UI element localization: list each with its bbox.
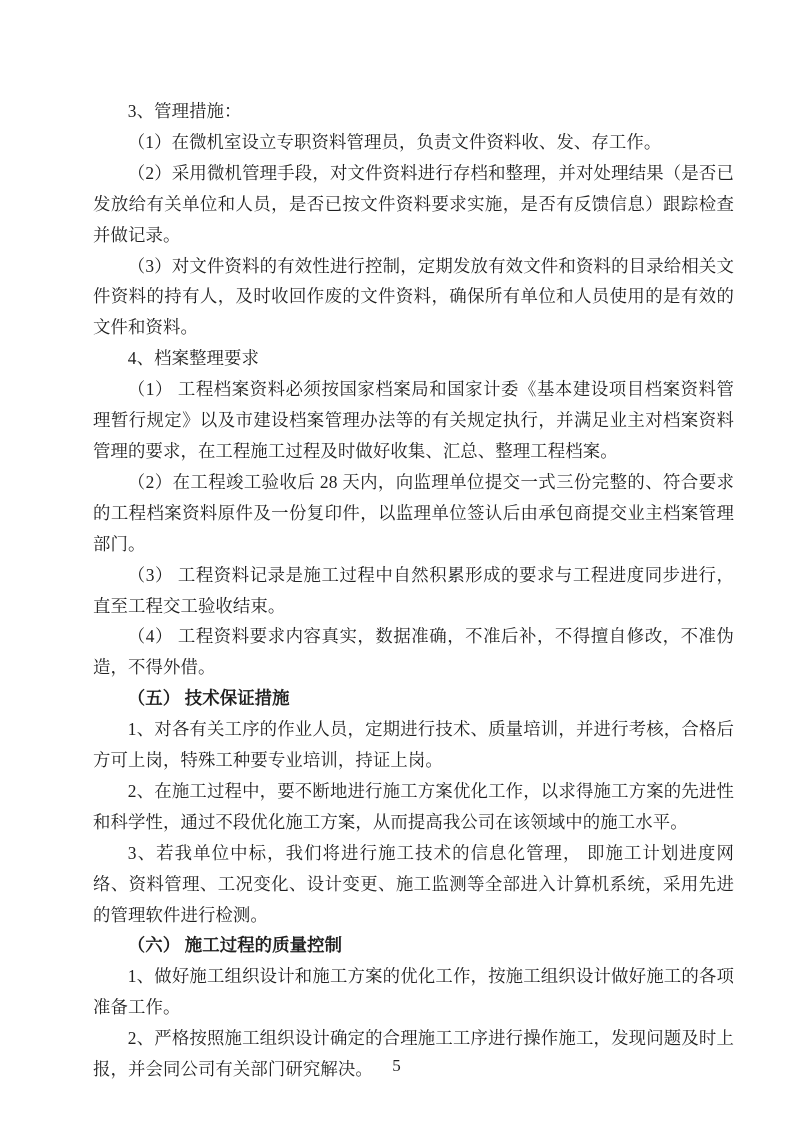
paragraph: 3、若我单位中标，我们将进行施工技术的信息化管理， 即施工计划进度网络、资料管理… <box>93 838 734 931</box>
paragraph: （3）对文件资料的有效性进行控制，定期发放有效文件和资料的目录给相关文件资料的持… <box>93 251 734 344</box>
paragraph: （1） 工程档案资料必须按国家档案局和国家计委《基本建设项目档案资料管理暂行规定… <box>93 374 734 467</box>
paragraph: 2、在施工过程中，要不断地进行施工方案优化工作，以求得施工方案的先进性和科学性，… <box>93 776 734 838</box>
paragraph: （2）在工程竣工验收后 28 天内，向监理单位提交一式三份完整的、符合要求的工程… <box>93 467 734 560</box>
paragraph: 1、对各有关工序的作业人员，定期进行技术、质量培训，并进行考核，合格后方可上岗，… <box>93 714 734 776</box>
page-number: 5 <box>0 1056 793 1076</box>
paragraph: （1）在微机室设立专职资料管理员，负责文件资料收、发、存工作。 <box>93 127 734 158</box>
document-body: 3、管理措施： （1）在微机室设立专职资料管理员，负责文件资料收、发、存工作。 … <box>93 96 734 1085</box>
document-page: 3、管理措施： （1）在微机室设立专职资料管理员，负责文件资料收、发、存工作。 … <box>0 0 793 1122</box>
paragraph: （4） 工程资料要求内容真实，数据准确，不准后补，不得擅自修改，不准伪造，不得外… <box>93 621 734 683</box>
section-heading-technical-assurance: （五） 技术保证措施 <box>93 683 734 714</box>
paragraph: 3、管理措施： <box>93 96 734 127</box>
paragraph: 4、档案整理要求 <box>93 343 734 374</box>
section-heading-quality-control: （六） 施工过程的质量控制 <box>93 930 734 961</box>
paragraph: （3） 工程资料记录是施工过程中自然积累形成的要求与工程进度同步进行，直至工程交… <box>93 560 734 622</box>
paragraph: 1、做好施工组织设计和施工方案的优化工作，按施工组织设计做好施工的各项准备工作。 <box>93 961 734 1023</box>
paragraph: （2）采用微机管理手段，对文件资料进行存档和整理，并对处理结果（是否已发放给有关… <box>93 158 734 251</box>
